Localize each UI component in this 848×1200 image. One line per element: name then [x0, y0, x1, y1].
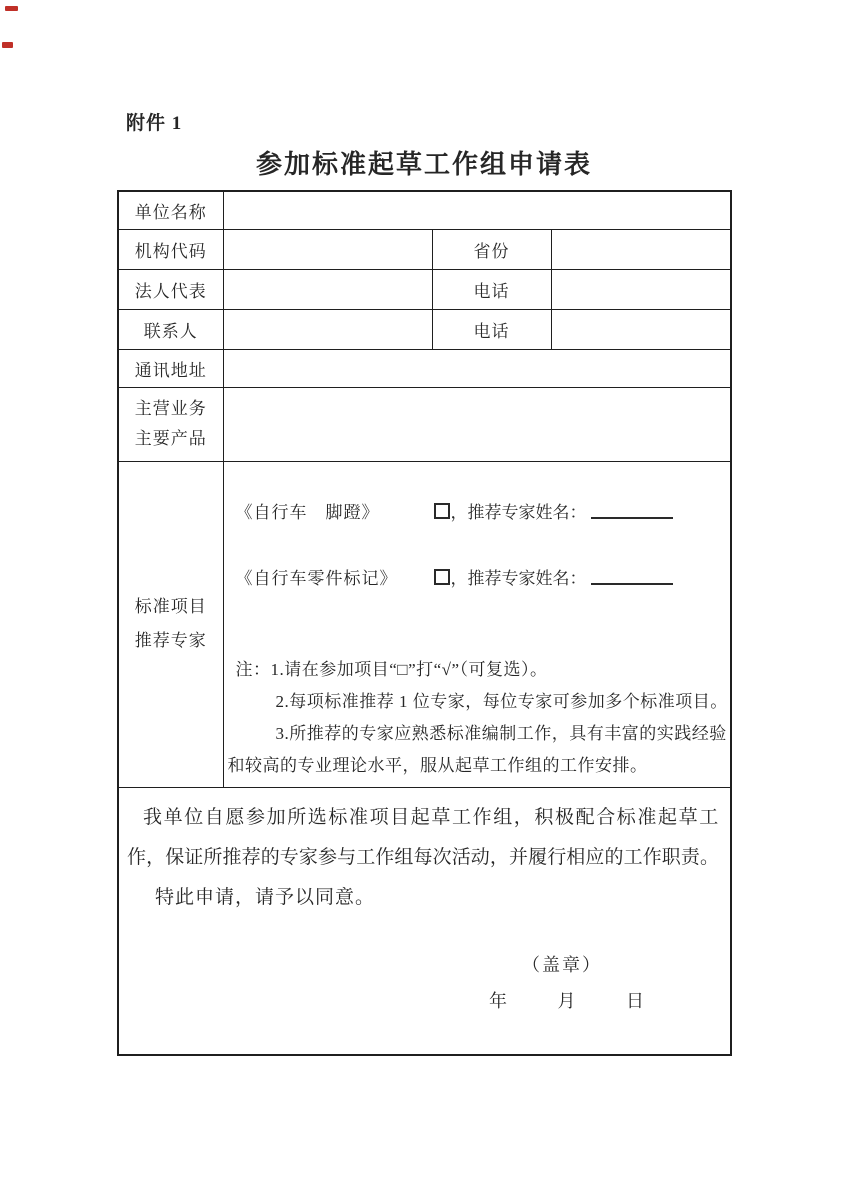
contact-phone-label: 电话: [432, 309, 551, 349]
checkbox-icon[interactable]: [434, 569, 450, 585]
contact-phone-field[interactable]: [551, 309, 731, 349]
expert-name-blank[interactable]: [591, 568, 673, 585]
unit-name-label: 单位名称: [118, 191, 223, 229]
standard-projects-label: 标准项目 推荐专家: [118, 461, 223, 787]
attachment-label: 附件 1: [126, 108, 182, 135]
mailing-address-label: 通讯地址: [118, 349, 223, 387]
checkbox-icon[interactable]: [434, 503, 450, 519]
red-scan-mark: [5, 6, 18, 11]
declaration-text: 我单位自愿参加所选标准项目起草工作组，积极配合标准起草工 作，保证所推荐的专家参…: [119, 788, 730, 918]
standard-projects-cell: 《自行车 脚蹬》 ，推荐专家姓名： 《自行车零件标记》 ，推荐专家姓名： 注：1…: [223, 461, 731, 787]
table-row: 单位名称: [118, 191, 731, 229]
standard-projects-label-line2: 推荐专家: [135, 624, 207, 658]
recommend-expert-text: ，推荐专家姓名：: [451, 564, 587, 589]
expert-name-blank[interactable]: [591, 502, 673, 519]
table-row: 联系人 电话: [118, 309, 731, 349]
month-label: 月: [558, 991, 576, 1011]
main-business-label: 主营业务 主要产品: [118, 387, 223, 461]
legal-rep-label: 法人代表: [118, 269, 223, 309]
notes-block: 注：1.请在参加项目“□”打“√”（可复选）。 2.每项标准推荐 1 位专家，每…: [224, 654, 731, 782]
main-business-label-line2: 主要产品: [135, 424, 207, 454]
note-line-3: 3.所推荐的专家应熟悉标准编制工作，具有丰富的实践经验: [224, 718, 731, 750]
phone-field[interactable]: [551, 269, 731, 309]
project-item-pedal: 《自行车 脚蹬》 ，推荐专家姓名：: [224, 498, 731, 524]
recommend-expert-text: ，推荐专家姓名：: [451, 498, 587, 523]
seal-placeholder: （盖章）: [119, 952, 730, 978]
legal-rep-field[interactable]: [223, 269, 432, 309]
declaration-line-2: 作，保证所推荐的专家参与工作组每次活动，并履行相应的工作职责。: [127, 838, 722, 878]
red-scan-mark: [2, 42, 13, 48]
document-page: 附件 1 参加标准起草工作组申请表 单位名称 机构代码 省份 法人代表 电话 联…: [0, 0, 848, 1200]
application-form-table: 单位名称 机构代码 省份 法人代表 电话 联系人 电话 通讯地址: [117, 190, 732, 1056]
year-label: 年: [489, 991, 507, 1011]
table-row: 主营业务 主要产品: [118, 387, 731, 461]
declaration-line-1: 我单位自愿参加所选标准项目起草工作组，积极配合标准起草工: [127, 798, 722, 838]
table-row: 通讯地址: [118, 349, 731, 387]
contact-person-label: 联系人: [118, 309, 223, 349]
table-row: 法人代表 电话: [118, 269, 731, 309]
unit-name-field[interactable]: [223, 191, 731, 229]
org-code-field[interactable]: [223, 229, 432, 269]
province-label: 省份: [432, 229, 551, 269]
date-line: 年 月 日: [119, 988, 730, 1014]
table-row: 机构代码 省份: [118, 229, 731, 269]
project-name: 《自行车 脚蹬》: [236, 498, 434, 523]
project-name: 《自行车零件标记》: [236, 564, 434, 589]
main-business-field[interactable]: [223, 387, 731, 461]
table-row: 我单位自愿参加所选标准项目起草工作组，积极配合标准起草工 作，保证所推荐的专家参…: [118, 787, 731, 1055]
page-title: 参加标准起草工作组申请表: [0, 144, 848, 181]
day-label: 日: [626, 991, 644, 1011]
note-line-1: 注：1.请在参加项目“□”打“√”（可复选）。: [224, 654, 731, 686]
table-row: 标准项目 推荐专家 《自行车 脚蹬》 ，推荐专家姓名： 《自行车零件标记》 ，推…: [118, 461, 731, 787]
phone-label: 电话: [432, 269, 551, 309]
province-field[interactable]: [551, 229, 731, 269]
mailing-address-field[interactable]: [223, 349, 731, 387]
org-code-label: 机构代码: [118, 229, 223, 269]
note-line-2: 2.每项标准推荐 1 位专家，每位专家可参加多个标准项目。: [224, 686, 731, 718]
standard-projects-label-line1: 标准项目: [135, 590, 207, 624]
declaration-line-3: 特此申请，请予以同意。: [127, 878, 722, 918]
main-business-label-line1: 主营业务: [135, 394, 207, 424]
contact-person-field[interactable]: [223, 309, 432, 349]
declaration-cell: 我单位自愿参加所选标准项目起草工作组，积极配合标准起草工 作，保证所推荐的专家参…: [118, 787, 731, 1055]
project-item-parts-marking: 《自行车零件标记》 ，推荐专家姓名：: [224, 564, 731, 590]
note-line-4: 和较高的专业理论水平，服从起草工作组的工作安排。: [224, 750, 731, 782]
